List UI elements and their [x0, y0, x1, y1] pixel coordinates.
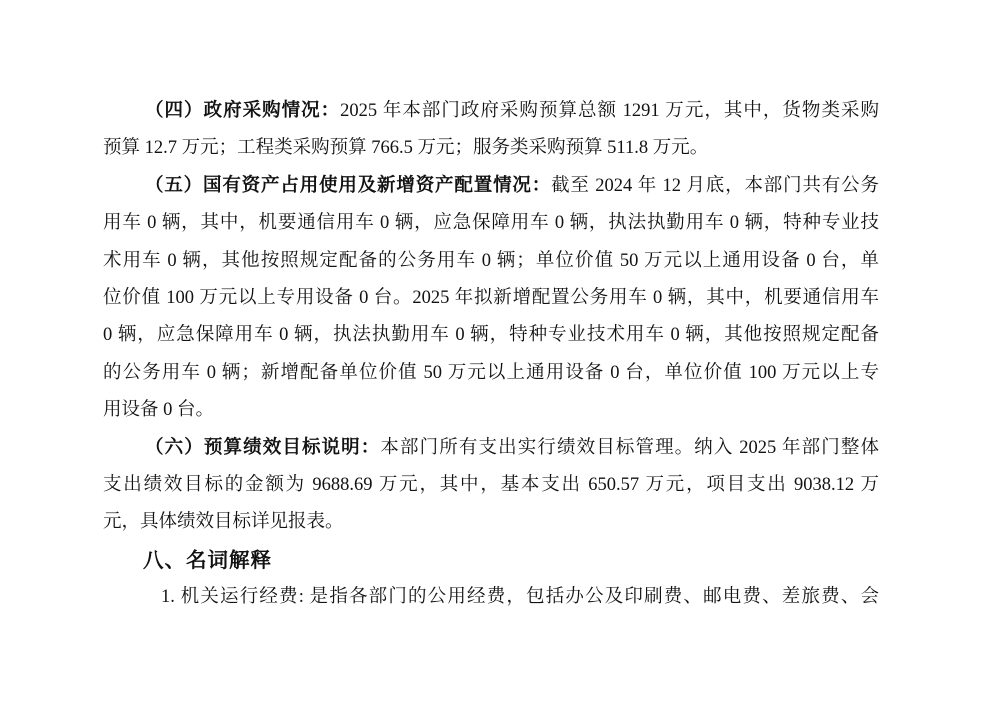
text-segment: 元，具体绩效目标详见报表。 — [103, 512, 344, 532]
text-line: 0 辆，应急保障用车 0 辆，执法执勤用车 0 辆，特种专业技术用车 0 辆，其… — [103, 317, 879, 354]
text-line: 1. 机关运行经费: 是指各部门的公用经费，包括办公及印刷费、邮电费、差旅费、会 — [103, 579, 879, 616]
document-body: （四）政府采购情况：2025 年本部门政府采购预算总额 1291 万元，其中，货… — [103, 93, 879, 616]
text-line: 的公务用车 0 辆；新增配备单位价值 50 万元以上通用设备 0 台，单位价值 … — [103, 355, 879, 392]
text-segment: 本部门所有支出实行绩效目标管理。纳入 2025 年部门整体 — [380, 438, 879, 458]
text-line: （五）国有资产占用使用及新增资产配置情况：截至 2024 年 12 月底，本部门… — [103, 168, 879, 205]
text-line: 用设备 0 台。 — [103, 392, 879, 429]
paragraph-state-assets: （五）国有资产占用使用及新增资产配置情况：截至 2024 年 12 月底，本部门… — [103, 168, 879, 430]
text-line: 位价值 100 万元以上专用设备 0 台。2025 年拟新增配置公务用车 0 辆… — [103, 280, 879, 317]
text-segment: 截至 2024 年 12 月底，本部门共有公务 — [551, 176, 879, 196]
bold-run-in-label: （五）国有资产占用使用及新增资产配置情况： — [145, 176, 551, 196]
document-page: （四）政府采购情况：2025 年本部门政府采购预算总额 1291 万元，其中，货… — [0, 0, 1000, 706]
text-line: （六）预算绩效目标说明：本部门所有支出实行绩效目标管理。纳入 2025 年部门整… — [103, 430, 879, 467]
text-segment: 用设备 0 台。 — [103, 400, 214, 420]
paragraph-glossary-item-1: 1. 机关运行经费: 是指各部门的公用经费，包括办公及印刷费、邮电费、差旅费、会 — [103, 579, 879, 616]
paragraph-gov-procurement: （四）政府采购情况：2025 年本部门政府采购预算总额 1291 万元，其中，货… — [103, 93, 879, 168]
text-segment: 支出绩效目标的金额为 9688.69 万元，其中，基本支出 650.57 万元，… — [103, 475, 879, 495]
paragraph-budget-performance: （六）预算绩效目标说明：本部门所有支出实行绩效目标管理。纳入 2025 年部门整… — [103, 430, 879, 542]
text-segment: 1. 机关运行经费: 是指各部门的公用经费，包括办公及印刷费、邮电费、差旅费、会 — [161, 587, 879, 607]
section-heading: 八、名词解释 — [103, 542, 879, 579]
text-line: 支出绩效目标的金额为 9688.69 万元，其中，基本支出 650.57 万元，… — [103, 467, 879, 504]
text-segment: 2025 年本部门政府采购预算总额 1291 万元，其中，货物类采购 — [340, 101, 879, 121]
text-segment: 预算 12.7 万元；工程类采购预算 766.5 万元；服务类采购预算 511.… — [103, 138, 708, 158]
text-segment: 用车 0 辆，其中，机要通信用车 0 辆，应急保障用车 0 辆，执法执勤用车 0… — [103, 213, 879, 233]
text-line: （四）政府采购情况：2025 年本部门政府采购预算总额 1291 万元，其中，货… — [103, 93, 879, 130]
text-segment: 的公务用车 0 辆；新增配备单位价值 50 万元以上通用设备 0 台，单位价值 … — [103, 363, 879, 383]
text-line: 元，具体绩效目标详见报表。 — [103, 504, 879, 541]
bold-run-in-label: （六）预算绩效目标说明： — [145, 438, 380, 458]
text-line: 术用车 0 辆，其他按照规定配备的公务用车 0 辆；单位价值 50 万元以上通用… — [103, 243, 879, 280]
text-segment: 0 辆，应急保障用车 0 辆，执法执勤用车 0 辆，特种专业技术用车 0 辆，其… — [103, 325, 879, 345]
text-line: 预算 12.7 万元；工程类采购预算 766.5 万元；服务类采购预算 511.… — [103, 130, 879, 167]
bold-run-in-label: （四）政府采购情况： — [145, 101, 340, 121]
text-segment: 位价值 100 万元以上专用设备 0 台。2025 年拟新增配置公务用车 0 辆… — [103, 288, 879, 308]
text-line: 用车 0 辆，其中，机要通信用车 0 辆，应急保障用车 0 辆，执法执勤用车 0… — [103, 205, 879, 242]
text-segment: 术用车 0 辆，其他按照规定配备的公务用车 0 辆；单位价值 50 万元以上通用… — [103, 251, 879, 271]
